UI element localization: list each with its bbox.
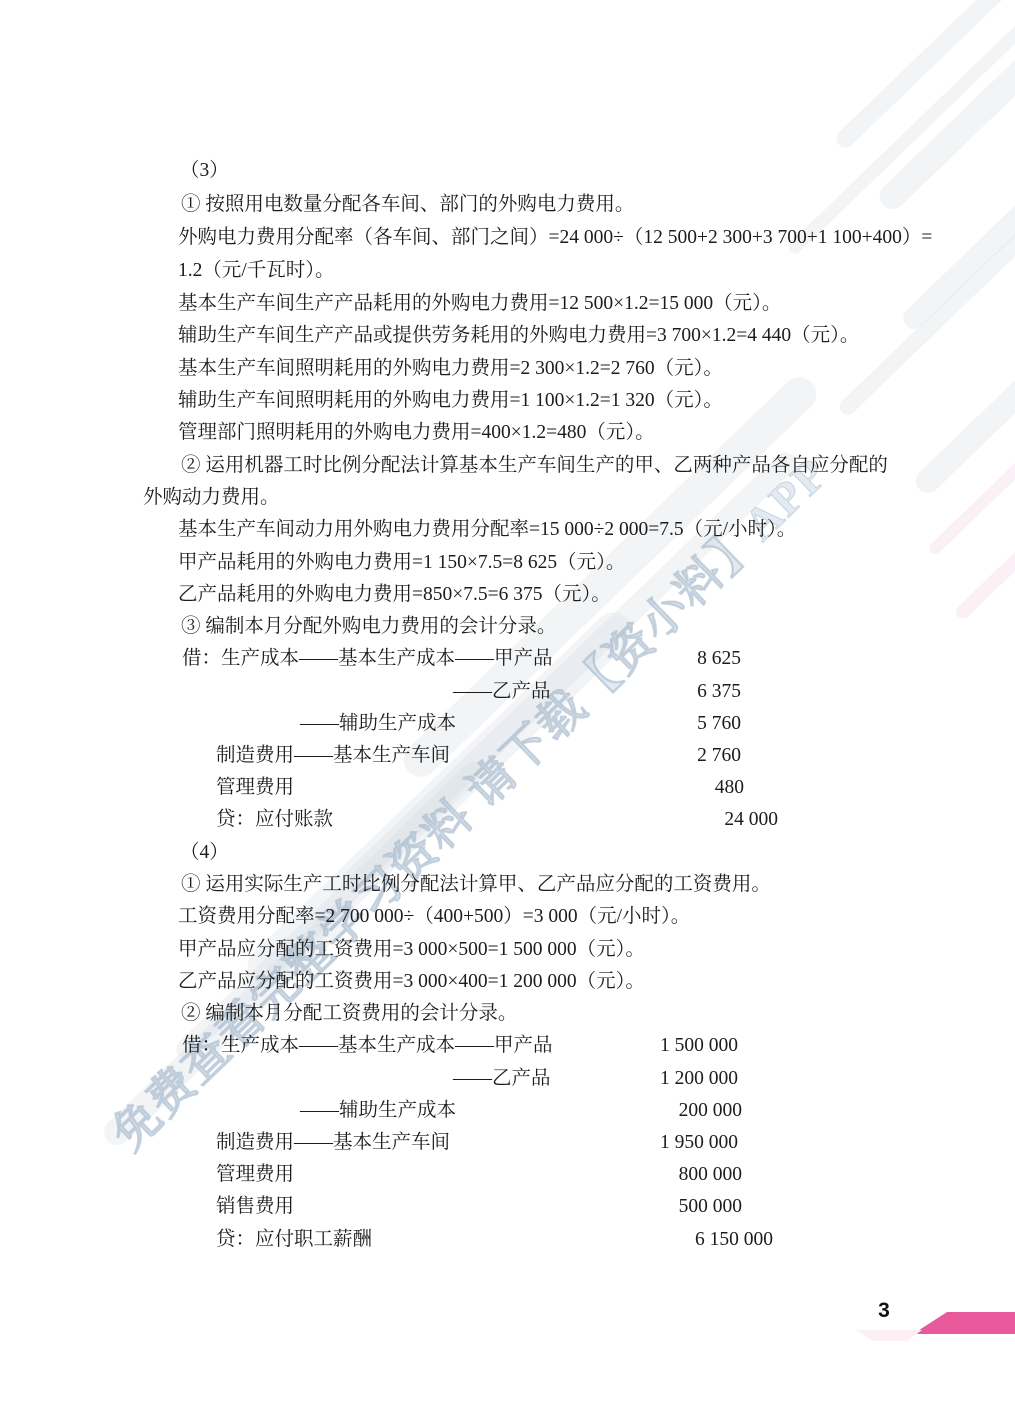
- document-line: ② 运用机器工时比例分配法计算基本生产车间生产的甲、乙两种产品各自应分配的: [181, 453, 888, 479]
- document-line: ② 编制本月分配工资费用的会计分录。: [181, 1001, 517, 1027]
- amount-value: 2 760: [0, 743, 741, 769]
- document-line: 管理部门照明耗用的外购电力费用=400×1.2=480（元）。: [178, 420, 655, 446]
- amount-value: 8 625: [0, 646, 741, 672]
- document-line: ① 按照用电数量分配各车间、部门的外购电力费用。: [181, 192, 634, 218]
- document-line: 外购电力费用分配率（各车间、部门之间）=24 000÷（12 500+2 300…: [178, 225, 932, 251]
- amount-value: 1 500 000: [0, 1033, 738, 1059]
- document-line: 辅助生产车间生产产品或提供劳务耗用的外购电力费用=3 700×1.2=4 440…: [178, 323, 859, 349]
- footer-pink-accent: [856, 1330, 922, 1341]
- document-line: 工资费用分配率=2 700 000÷（400+500）=3 000（元/小时）。: [178, 904, 690, 930]
- amount-value: 6 375: [0, 679, 741, 705]
- document-line: 乙产品耗用的外购电力费用=850×7.5=6 375（元）。: [178, 582, 611, 608]
- amount-value: 800 000: [0, 1162, 742, 1188]
- document-line: 外购动力费用。: [143, 485, 280, 511]
- amount-value: 1 950 000: [0, 1130, 738, 1156]
- amount-value: 6 150 000: [0, 1227, 773, 1253]
- amount-value: 500 000: [0, 1194, 742, 1220]
- page-number: 3: [872, 1299, 896, 1323]
- document-page: 免费查看完整学习资料 请下载【资小料】APP （3）① 按照用电数量分配各车间、…: [0, 0, 1015, 1414]
- amount-value: 480: [0, 775, 744, 801]
- document-line: 基本生产车间动力用外购电力费用分配率=15 000÷2 000=7.5（元/小时…: [178, 517, 796, 543]
- document-line: ③ 编制本月分配外购电力费用的会计分录。: [181, 614, 556, 640]
- document-line: 甲产品耗用的外购电力费用=1 150×7.5=8 625（元）。: [178, 550, 625, 576]
- amount-value: 24 000: [0, 807, 778, 833]
- document-line: 基本生产车间照明耗用的外购电力费用=2 300×1.2=2 760（元）。: [178, 356, 723, 382]
- amount-value: 200 000: [0, 1098, 742, 1124]
- document-line: ① 运用实际生产工时比例分配法计算甲、乙产品应分配的工资费用。: [181, 872, 771, 898]
- document-line: （3）: [180, 158, 229, 184]
- document-line: 1.2（元/千瓦时）。: [178, 258, 335, 284]
- footer-pink-band: [913, 1312, 1015, 1334]
- document-line: （4）: [180, 840, 229, 866]
- document-line: 甲产品应分配的工资费用=3 000×500=1 500 000（元）。: [178, 937, 645, 963]
- document-line: 乙产品应分配的工资费用=3 000×400=1 200 000（元）。: [178, 969, 645, 995]
- amount-value: 5 760: [0, 711, 741, 737]
- document-line: 基本生产车间生产产品耗用的外购电力费用=12 500×1.2=15 000（元）…: [178, 291, 781, 317]
- amount-value: 1 200 000: [0, 1066, 738, 1092]
- document-line: 辅助生产车间照明耗用的外购电力费用=1 100×1.2=1 320（元）。: [178, 388, 723, 414]
